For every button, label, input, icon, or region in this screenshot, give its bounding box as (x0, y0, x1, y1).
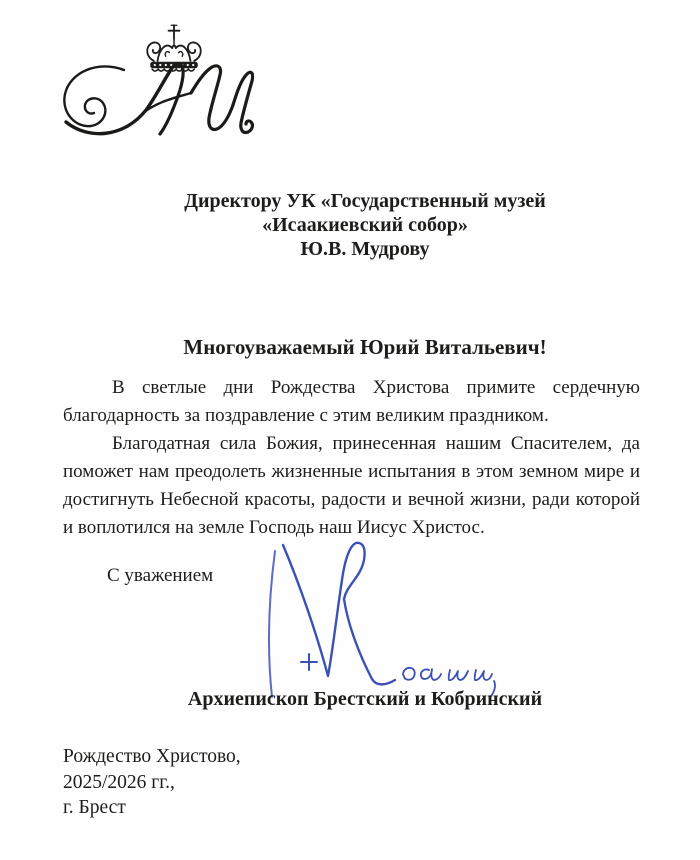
letter-page: Директору УК «Государственный музей «Иса… (0, 0, 700, 860)
handwritten-signature (253, 537, 518, 705)
recipient-line: Директору УК «Государственный музей (80, 189, 650, 213)
recipient-line: Ю.В. Мудрову (80, 237, 650, 261)
footer-line: 2025/2026 гг., (63, 770, 241, 796)
monogram-script-letters-AI (58, 56, 254, 146)
letter-body: В светлые дни Рождества Христова примите… (63, 374, 640, 542)
regards-label: С уважением (107, 565, 213, 587)
recipient-block: Директору УК «Государственный музей «Иса… (80, 189, 650, 261)
signoff-title: Архиепископ Брестский и Кобринский (80, 688, 650, 711)
body-paragraph: В светлые дни Рождества Христова примите… (63, 374, 640, 430)
footer-line: г. Брест (63, 795, 241, 821)
date-place-block: Рождество Христово, 2025/2026 гг., г. Бр… (63, 744, 241, 821)
body-paragraph: Благодатная сила Божия, принесенная наши… (63, 430, 640, 542)
recipient-line: «Исаакиевский собор» (80, 213, 650, 237)
salutation: Многоуважаемый Юрий Витальевич! (80, 335, 650, 360)
footer-line: Рождество Христово, (63, 744, 241, 770)
letterhead-monogram (58, 22, 254, 148)
